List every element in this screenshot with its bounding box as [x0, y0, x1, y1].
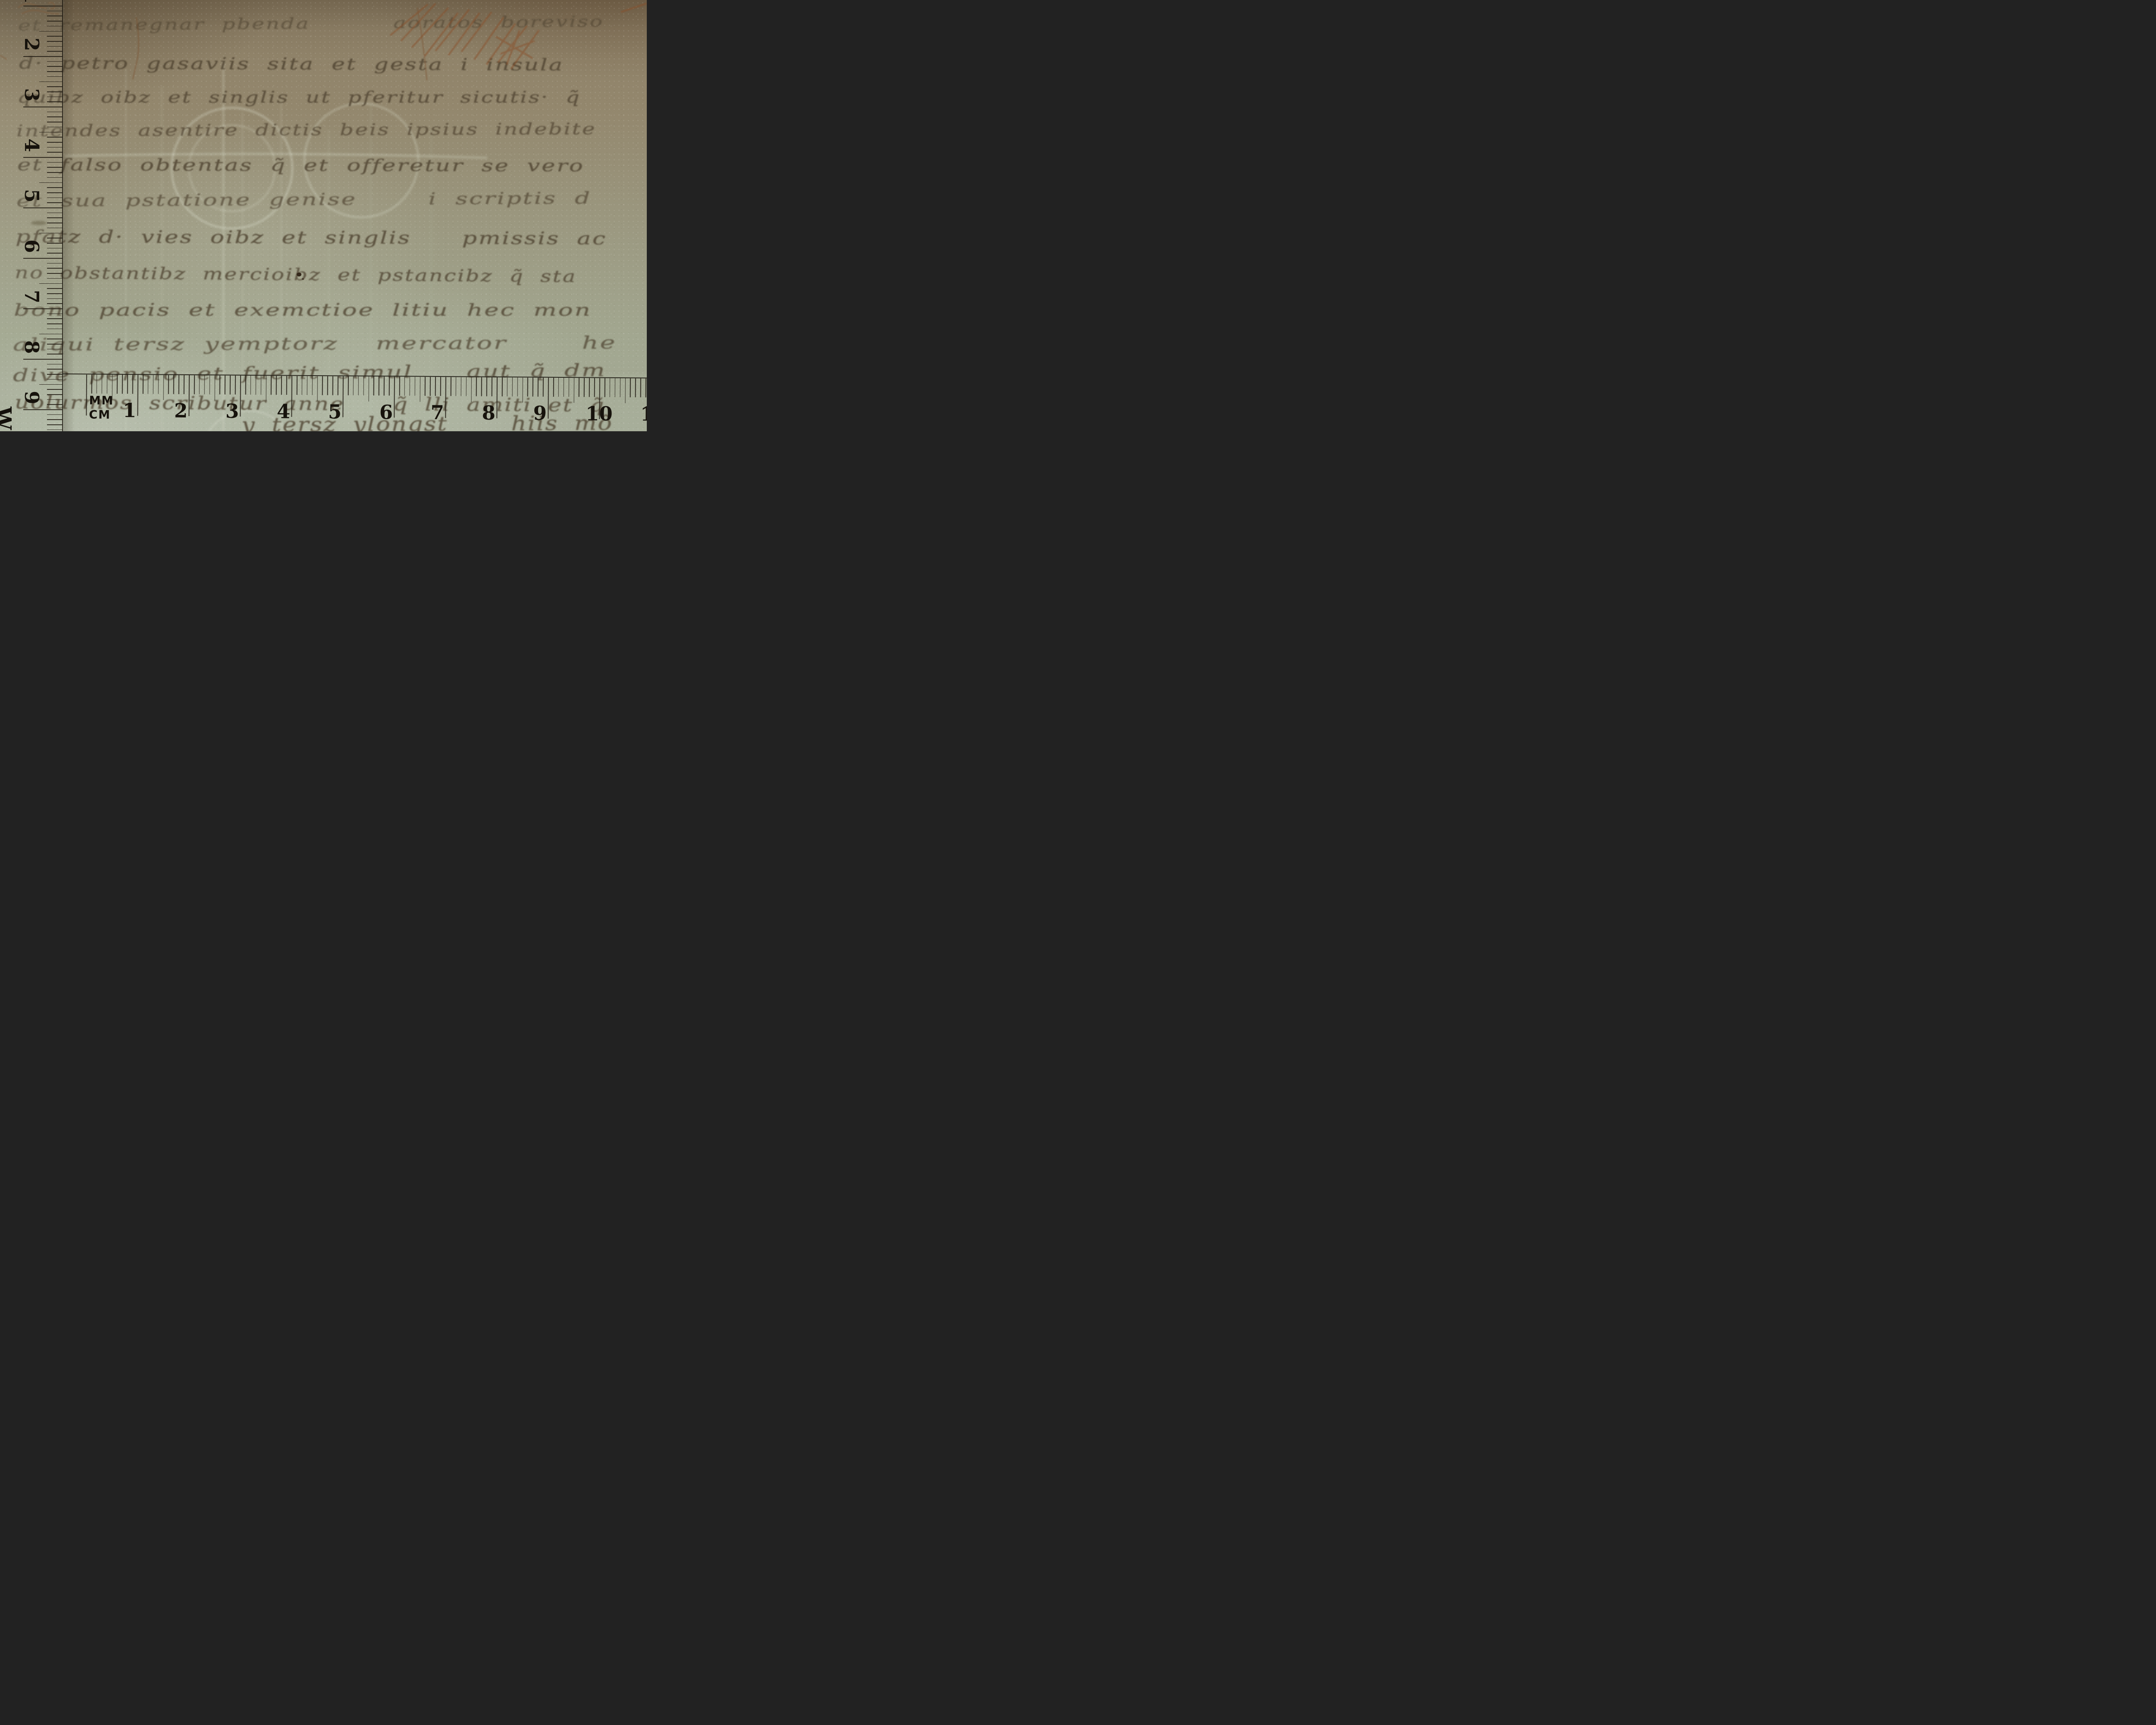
- ruler-tick-mm: [384, 376, 385, 395]
- ruler-tick-mm: [584, 378, 585, 397]
- ruler-tick-mm: [476, 377, 477, 396]
- ruler-tick-mm: [47, 248, 63, 249]
- ruler-tick-mm: [47, 91, 63, 92]
- ruler-tick-mm: [322, 376, 323, 395]
- ruler-tick-cm: [23, 359, 63, 360]
- ruler-tick-mm: [297, 376, 298, 395]
- ruler-tick-mm: [512, 377, 513, 396]
- ruler-tick-mm: [122, 375, 123, 394]
- ruler-tick-mm: [47, 344, 63, 345]
- ruler-tick-mm: [414, 377, 415, 396]
- ruler-tick-mm: [96, 375, 97, 394]
- ruler-tick-mm: [47, 36, 63, 37]
- ruler-tick-mm: [153, 375, 154, 394]
- ruler-tick-mm: [517, 377, 518, 396]
- ruler-tick-mm: [47, 419, 63, 420]
- ruler-tick-cm: [342, 376, 344, 417]
- ruler-tick-cm: [548, 378, 549, 419]
- ruler-tick-mm: [47, 142, 63, 143]
- ruler-tick-mm: [47, 399, 63, 400]
- ruler-tick-mm: [47, 116, 63, 117]
- ruler-tick-mm: [338, 376, 338, 395]
- ruler-tick-mm: [117, 375, 118, 394]
- horizontal-ruler-number: 5: [328, 400, 342, 423]
- ruler-tick-mm: [47, 430, 63, 430]
- ruler-tick-mm: [502, 377, 503, 396]
- ruler-tick-mm: [507, 377, 508, 396]
- ruler-tick-mm: [47, 202, 63, 203]
- ruler-tick-mm: [47, 192, 63, 193]
- vertical-ruler-number: 2: [22, 34, 41, 54]
- ruler-tick-mm: [451, 377, 451, 396]
- ruler-tick-mm: [47, 198, 63, 198]
- ruler-tick-cm: [23, 308, 63, 309]
- ruler-tick-mm: [163, 375, 164, 400]
- ruler-tick-mm: [635, 378, 636, 397]
- ruler-tick-mm: [461, 377, 461, 396]
- ruler-tick-mm: [147, 375, 148, 394]
- ruler-tick-mm: [101, 375, 102, 394]
- ruler-tick-cm: [240, 376, 241, 417]
- ruler-tick-mm: [646, 378, 646, 397]
- ruler-tick-mm: [47, 243, 63, 244]
- ruler-tick-mm: [47, 228, 63, 229]
- ruler-tick-cm: [291, 376, 292, 417]
- ruler-tick-mm: [39, 233, 63, 234]
- vertical-ruler: 1 23456789: [0, 0, 647, 431]
- ruler-tick-mm: [276, 376, 277, 395]
- ruler-tick-mm: [435, 377, 436, 396]
- ruler-tick-mm: [47, 97, 63, 97]
- ruler-tick-mm: [440, 377, 441, 396]
- ruler-tick-mm: [132, 375, 133, 394]
- ruler-tick-mm: [47, 21, 63, 22]
- ruler-tick-mm: [47, 369, 63, 370]
- manuscript-photo: et remanegnar pbenda aoratos borevisod· …: [0, 0, 647, 431]
- horizontal-ruler-number: 6: [379, 401, 393, 423]
- horizontal-ruler-number: 4: [277, 400, 291, 423]
- ruler-tick-mm: [107, 375, 107, 394]
- ruler-tick-mm: [625, 378, 626, 403]
- ruler-tick-mm: [271, 376, 272, 395]
- ruler-tick-mm: [312, 376, 313, 395]
- ruler-tick-mm: [332, 376, 333, 395]
- ruler-tick-mm: [47, 167, 63, 168]
- horizontal-ruler-number: 9: [533, 402, 547, 425]
- ruler-tick-mm: [47, 187, 63, 188]
- ruler-tick-mm: [471, 377, 472, 402]
- ruler-tick-mm: [614, 378, 615, 397]
- ruler-tick-mm: [594, 378, 595, 397]
- ruler-tick-cm: [23, 56, 63, 57]
- ruler-tick-mm: [47, 374, 63, 375]
- ruler-tick-mm: [404, 377, 405, 396]
- ruler-tick-mm: [204, 375, 205, 394]
- horizontal-ruler: MM CM 11 12345678910: [62, 373, 647, 431]
- ruler-tick-mm: [47, 46, 63, 47]
- ruler-tick-mm: [47, 112, 63, 113]
- ruler-tick-mm: [47, 61, 63, 62]
- horizontal-ruler-number: 7: [431, 401, 445, 424]
- vertical-ruler-number: 9: [22, 388, 41, 408]
- ruler-tick-cm: [394, 376, 395, 417]
- ruler-tick-mm: [47, 127, 63, 128]
- ruler-tick-mm: [143, 375, 144, 394]
- ruler-tick-mm: [209, 375, 210, 394]
- ruler-tick-mm: [47, 76, 63, 77]
- ruler-tick-mm: [214, 375, 215, 400]
- ruler-tick-mm: [260, 376, 261, 395]
- horizontal-ruler-number: 10: [586, 402, 613, 425]
- partial-letter-w: W: [0, 407, 15, 430]
- ruler-tick-mm: [47, 147, 63, 148]
- ruler-tick-mm: [47, 323, 63, 324]
- ruler-tick-cm: [445, 377, 446, 418]
- ruler-tick-mm: [39, 384, 63, 385]
- ruler-tick-mm: [47, 238, 63, 238]
- ruler-tick-mm: [553, 378, 554, 397]
- ruler-tick-mm: [225, 376, 226, 395]
- ruler-tick-mm: [47, 253, 63, 254]
- ruler-tick-mm: [127, 375, 128, 394]
- horizontal-ruler-number: 3: [226, 400, 239, 423]
- ruler-tick-mm: [522, 377, 523, 402]
- ruler-tick-mm: [39, 182, 63, 183]
- ruler-tick-mm: [538, 378, 539, 397]
- ruler-tick-cm: [23, 409, 63, 410]
- ruler-tick-mm: [47, 217, 63, 218]
- ruler-tick-mm: [266, 376, 266, 401]
- ruler-tick-mm: [363, 376, 364, 395]
- ruler-tick-mm: [47, 263, 63, 264]
- ruler-tick-mm: [47, 122, 63, 122]
- ruler-tick-mm: [47, 318, 63, 319]
- ruler-tick-mm: [286, 376, 287, 395]
- horizontal-ruler-number: 1: [123, 399, 137, 422]
- ruler-tick-mm: [245, 376, 246, 395]
- vertical-ruler-number: 5: [22, 186, 41, 206]
- ruler-tick-mm: [492, 377, 492, 396]
- vertical-ruler-number: 7: [22, 287, 41, 307]
- ruler-tick-mm: [255, 376, 256, 395]
- ruler-tick-mm: [399, 376, 400, 395]
- vertical-ruler-number: 6: [22, 236, 41, 256]
- ruler-tick-mm: [219, 376, 220, 395]
- ruler-tick-mm: [250, 376, 251, 395]
- ruler-tick-mm: [47, 278, 63, 279]
- ruler-tick-mm: [235, 376, 236, 395]
- ruler-tick-mm: [527, 378, 528, 397]
- ruler-tick-cm: [137, 375, 138, 416]
- ruler-tick-mm: [47, 213, 63, 213]
- ruler-tick-mm: [47, 298, 63, 299]
- ruler-tick-cm: [23, 6, 63, 6]
- ruler-tick-cm: [23, 107, 63, 107]
- ruler-tick-mm: [368, 376, 369, 401]
- ruler-tick-mm: [194, 375, 195, 394]
- ruler-tick-mm: [630, 378, 631, 397]
- ruler-tick-mm: [358, 376, 359, 395]
- ruler-tick-mm: [573, 378, 574, 403]
- ruler-tick-mm: [47, 389, 63, 390]
- ruler-tick-cm: [496, 377, 498, 418]
- ruler-tick-mm: [47, 303, 63, 304]
- ruler-tick-mm: [579, 378, 580, 397]
- ruler-tick-mm: [47, 26, 63, 27]
- ruler-tick-mm: [173, 375, 174, 394]
- ruler-tick-mm: [47, 223, 63, 223]
- ruler-tick-mm: [589, 378, 590, 397]
- ruler-tick-mm: [301, 376, 302, 395]
- ruler-tick-mm: [47, 293, 63, 294]
- ruler-tick-mm: [168, 375, 169, 394]
- ruler-tick-mm: [47, 66, 63, 67]
- ruler-tick-mm: [158, 375, 159, 394]
- ruler-tick-mm: [47, 379, 63, 380]
- ruler-tick-mm: [47, 152, 63, 153]
- ruler-unit-labels: MM CM: [89, 393, 114, 422]
- ruler-tick-mm: [47, 314, 63, 314]
- ruler-tick-mm: [348, 376, 349, 395]
- ruler-tick-mm: [609, 378, 610, 397]
- ruler-tick-mm: [47, 354, 63, 354]
- ruler-tick-mm: [481, 377, 482, 396]
- ruler-tick-mm: [373, 376, 374, 395]
- ruler-tick-mm: [39, 283, 63, 284]
- ruler-tick-mm: [47, 273, 63, 274]
- ruler-tick-mm: [47, 11, 63, 12]
- ruler-tick-mm: [327, 376, 328, 395]
- ruler-tick-mm: [47, 404, 63, 405]
- horizontal-ruler-partial-number: 11: [640, 402, 647, 425]
- ruler-tick-mm: [620, 378, 620, 397]
- ruler-tick-mm: [91, 374, 92, 393]
- ruler-tick-mm: [317, 376, 318, 401]
- ruler-tick-mm: [47, 172, 63, 173]
- ruler-tick-mm: [568, 378, 569, 397]
- ruler-tick-mm: [47, 137, 63, 138]
- ruler-tick-mm: [47, 41, 63, 42]
- ruler-tick-mm: [47, 177, 63, 178]
- ruler-tick-mm: [420, 377, 420, 402]
- ruler-tick-mm: [230, 376, 231, 395]
- ruler-tick-mm: [47, 288, 63, 289]
- ruler-unit-cm: CM: [89, 408, 114, 422]
- ruler-tick-mm: [379, 376, 379, 395]
- horizontal-ruler-number: 8: [482, 401, 496, 424]
- ruler-tick-mm: [466, 377, 467, 396]
- ruler-tick-mm: [199, 375, 200, 394]
- ruler-tick-mm: [47, 349, 63, 350]
- ruler-tick-mm: [425, 377, 426, 396]
- ruler-tick-mm: [563, 378, 564, 397]
- ruler-tick-mm: [47, 268, 63, 269]
- ruler-tick-mm: [39, 334, 63, 335]
- ruler-tick-mm: [184, 375, 185, 394]
- ruler-tick-mm: [47, 16, 63, 16]
- ruler-tick-mm: [409, 377, 410, 396]
- ruler-tick-cm: [23, 258, 63, 259]
- ruler-tick-mm: [179, 375, 179, 394]
- ruler-tick-mm: [455, 377, 456, 396]
- ruler-tick-mm: [389, 376, 390, 395]
- ruler-tick-mm: [39, 31, 63, 32]
- ruler-tick-mm: [543, 378, 544, 397]
- ruler-tick-cm: [86, 374, 87, 415]
- ruler-tick-mm: [39, 82, 63, 82]
- ruler-tick-mm: [558, 378, 559, 397]
- ruler-tick-cm: [23, 157, 63, 158]
- ruler-tick-cm: [188, 375, 190, 416]
- ruler-tick-mm: [605, 378, 605, 397]
- ruler-tick-mm: [47, 86, 63, 87]
- ruler-tick-cm: [23, 207, 63, 208]
- ruler-tick-mm: [47, 424, 63, 425]
- ruler-tick-mm: [47, 101, 63, 102]
- ruler-tick-mm: [47, 394, 63, 395]
- ruler-tick-mm: [486, 377, 487, 396]
- vertical-ruler-number: 3: [22, 85, 41, 105]
- vertical-ruler-number: 8: [22, 337, 41, 357]
- ruler-tick-mm: [47, 364, 63, 365]
- ruler-tick-mm: [430, 377, 431, 396]
- horizontal-ruler-number: 2: [174, 399, 188, 422]
- vertical-ruler-number: 4: [22, 135, 41, 155]
- ruler-tick-mm: [47, 71, 63, 72]
- ruler-tick-mm: [353, 376, 354, 395]
- ruler-tick-mm: [47, 51, 63, 52]
- ruler-tick-mm: [47, 329, 63, 329]
- ruler-tick-mm: [39, 132, 63, 133]
- ruler-unit-mm: MM: [89, 393, 114, 408]
- ruler-tick-mm: [281, 376, 282, 395]
- ruler-tick-mm: [47, 414, 63, 415]
- ruler-tick-mm: [640, 378, 641, 397]
- ruler-tick-mm: [307, 376, 307, 395]
- vertical-ruler-edge-line: [62, 0, 63, 431]
- ruler-tick-mm: [533, 378, 533, 397]
- ruler-tick-mm: [47, 339, 63, 339]
- ruler-tick-mm: [47, 162, 63, 163]
